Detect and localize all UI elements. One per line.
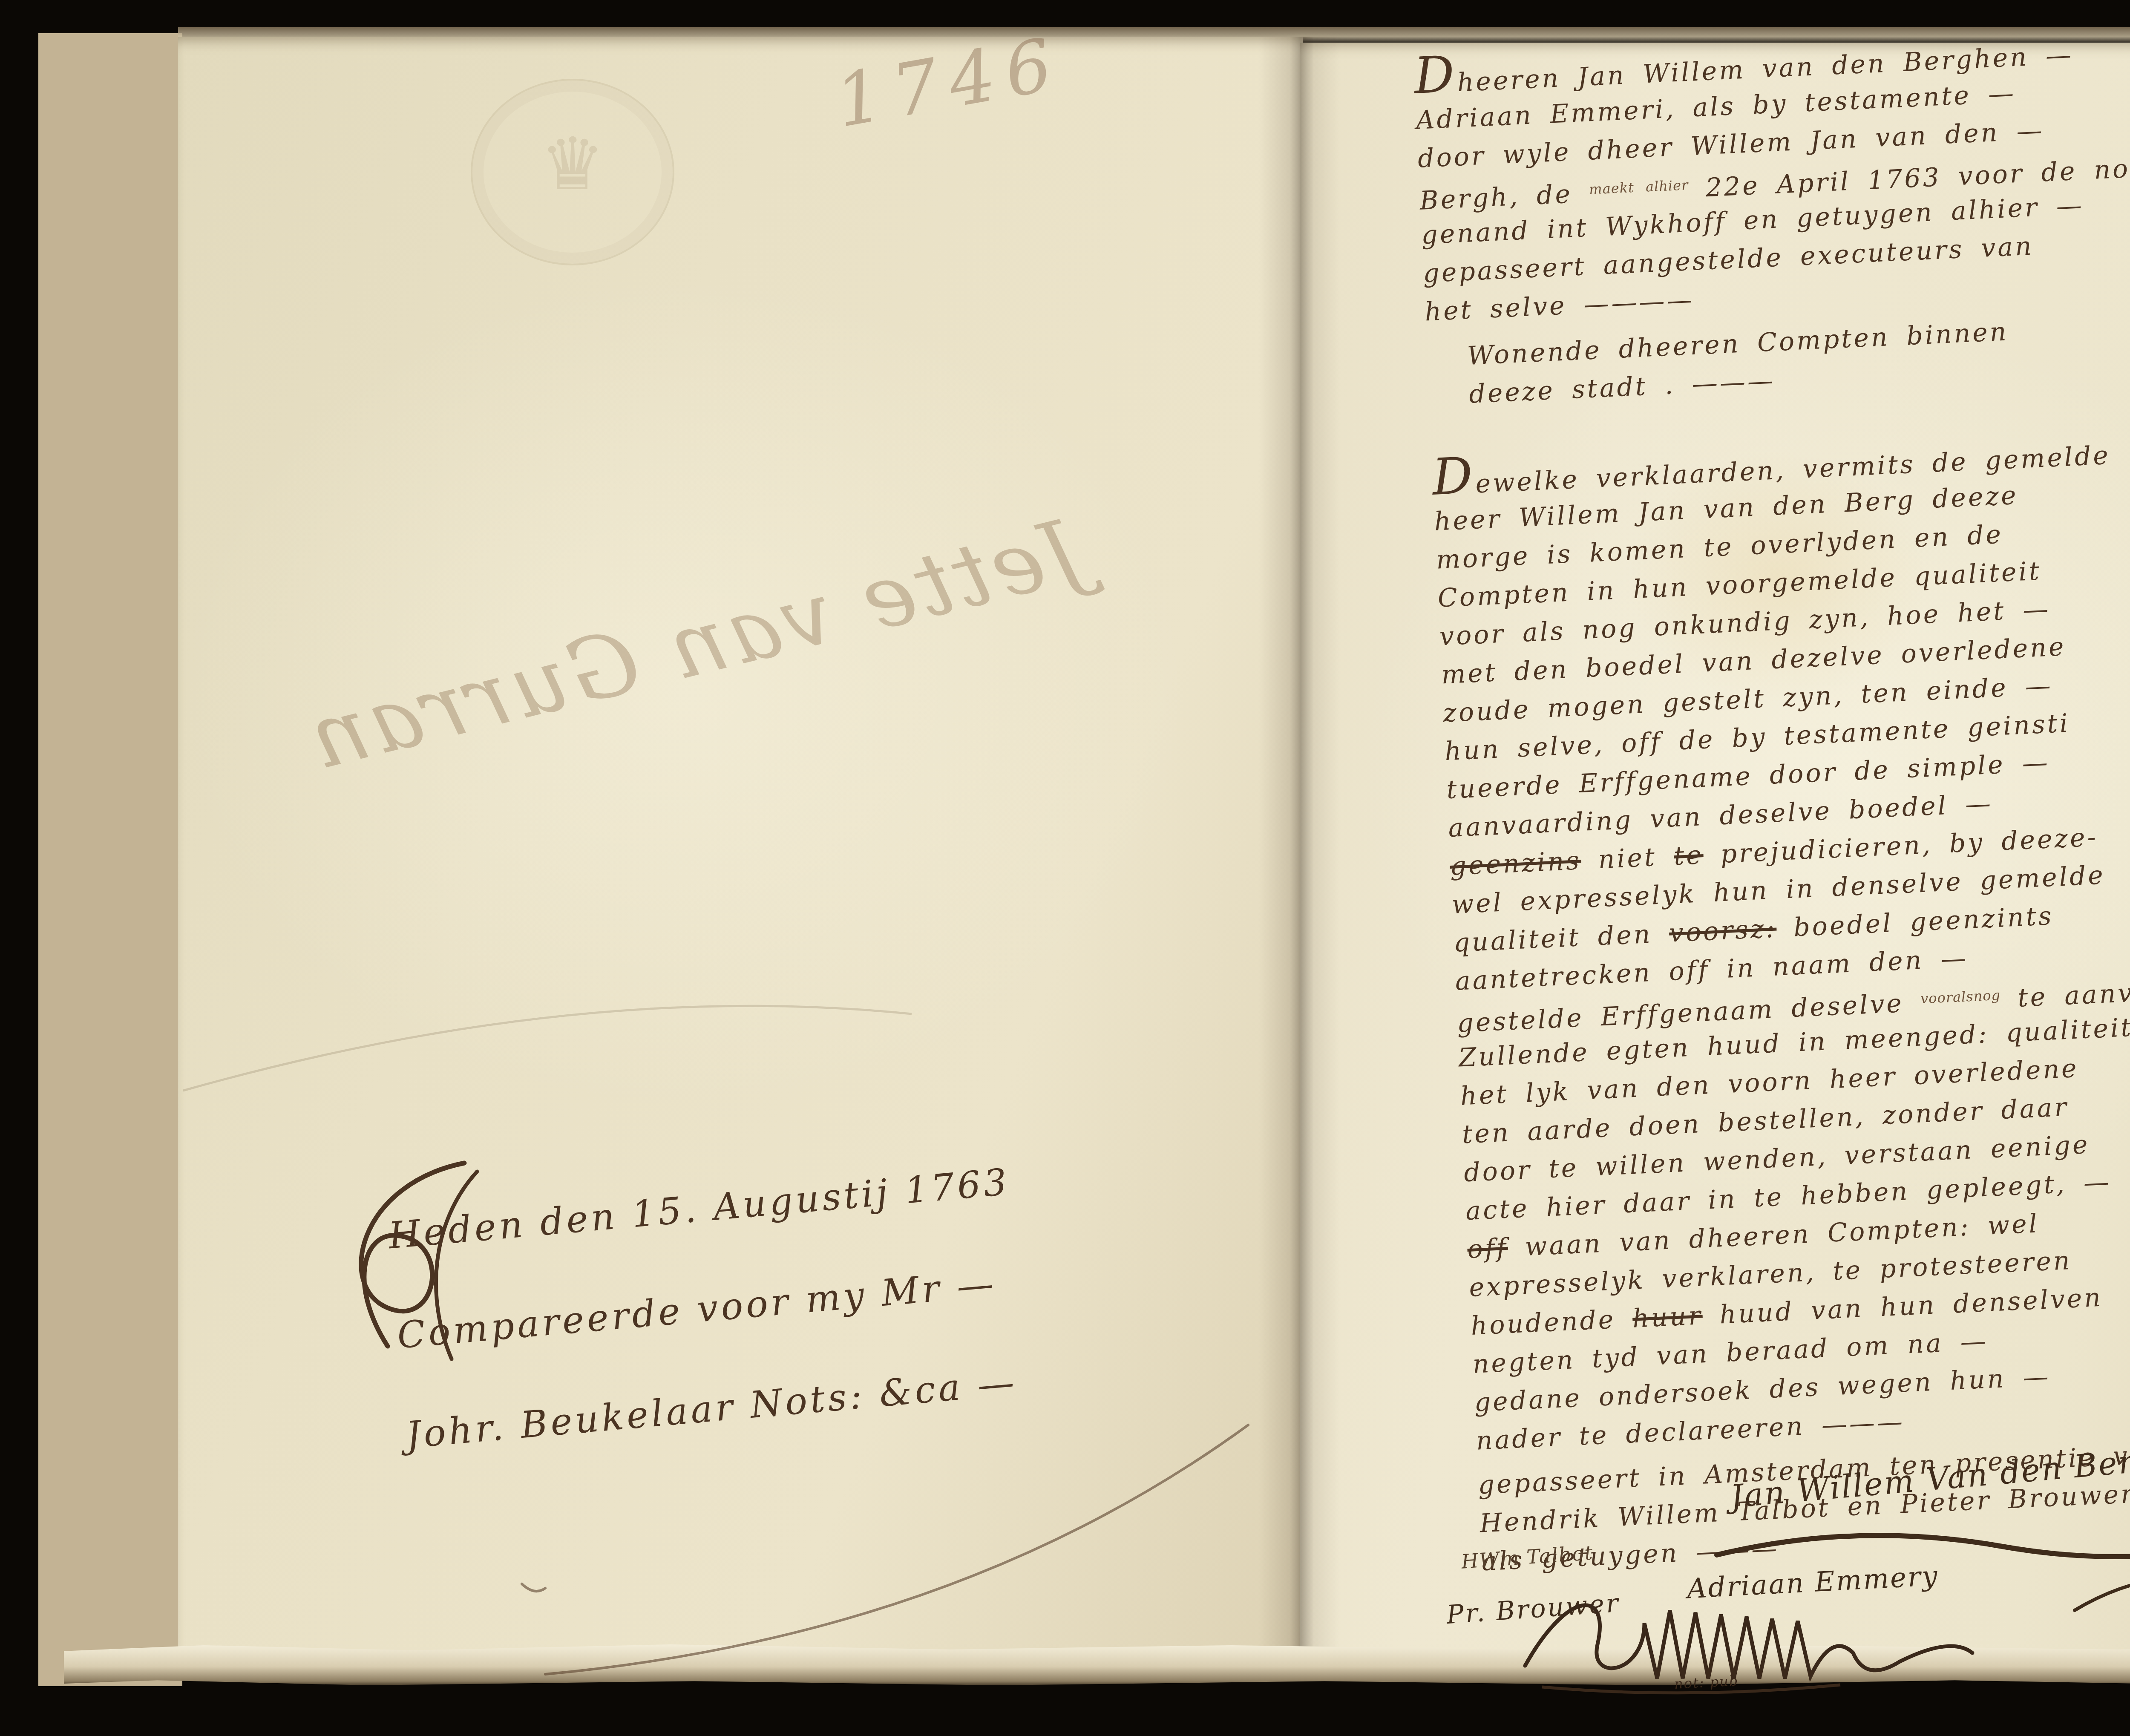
book-gutter (1259, 37, 1340, 1677)
manuscript-text: te aanvaarden (2000, 973, 2130, 1014)
struck-word: huur (1632, 1301, 1704, 1333)
manuscript-paragraph: Dheeren Jan Willem van den Berghen —Adri… (1413, 23, 2130, 331)
struck-word: off (1467, 1233, 1509, 1264)
struck-word: geenzins (1449, 846, 1582, 881)
struck-word: voorsz: (1669, 913, 1777, 948)
closing-date-block: Heden den 15. Augustij 1763 Compareerde … (384, 1132, 1031, 1486)
interlinear-insertion: maekt alhier (1589, 177, 1689, 198)
manuscript-text: qualiteit den (1453, 918, 1669, 958)
manuscript-paragraph: Dewelke verklaarden, vermits de gemeldeh… (1432, 425, 2130, 1460)
notary-caption: not: pub (1674, 1673, 1739, 1692)
manuscript-text: niet (1580, 841, 1675, 875)
bottom-page-edge (64, 1644, 2130, 1685)
interlinear-insertion: vooralsnog (1920, 987, 2001, 1007)
dropcap-initial: D (1413, 45, 1456, 105)
right-page-text: Dheeren Jan Willem van den Berghen —Adri… (1413, 23, 2130, 1581)
struck-word: te (1673, 840, 1704, 871)
manuscript-text: het selve ———— (1424, 285, 1695, 327)
manuscript-text: houdende (1470, 1304, 1633, 1341)
manuscript-scan: ♛ 1746 Jette van Gurran Heden den 15. Au… (0, 0, 2130, 1736)
dropcap-initial: D (1431, 446, 1474, 507)
embossed-crown-seal: ♛ (471, 79, 674, 265)
crown-seal-icon: ♛ (540, 122, 605, 207)
left-page-stack-edge (38, 33, 182, 1686)
